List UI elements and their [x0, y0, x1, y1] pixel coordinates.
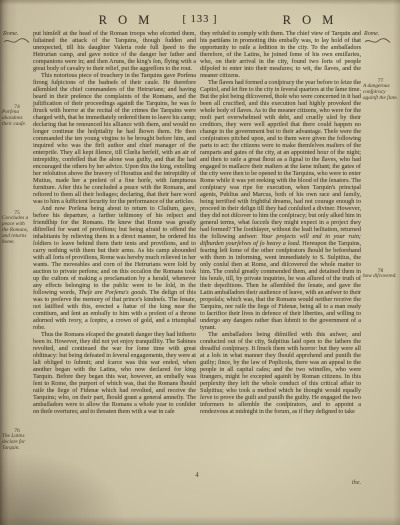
paragraph-text: And now Porſena being about to return to… — [33, 205, 196, 296]
margin-note-text: Concludes a peace with the Romans, and r… — [2, 216, 32, 246]
margin-note-74: 74 Porſena abandons their cauſe. — [2, 104, 32, 128]
margin-running-word-right: Rome. — [364, 31, 398, 46]
paragraph: The ſlaves had formed a conſpiracy the y… — [200, 79, 361, 331]
signature-mark: 4 — [33, 471, 361, 479]
margin-note-77: 77 A dangerous conſpiracy againſt the ſt… — [363, 78, 398, 102]
paragraph: And now Porſena being about to return to… — [33, 205, 196, 331]
paragraph-text: Hereupon the Tarquins, fearing leſt ſome… — [200, 240, 361, 331]
margin-note-text: how diſcovered. — [363, 274, 398, 280]
left-text-column: put himſelf at the head of the Roman tro… — [33, 30, 196, 415]
paragraph: put himſelf at the head of the Roman tro… — [33, 30, 196, 72]
paragraph: Thus the Romans eſcaped the greateſt dan… — [33, 331, 196, 415]
margin-note-78: 78 how diſcovered. — [363, 268, 398, 280]
page-number: [ 133 ] — [163, 14, 237, 25]
swash-flourish-icon — [364, 37, 391, 46]
italic-phrase: Theſe are Porſena's goods. — [79, 289, 148, 296]
paragraph-text: Thus the Romans eſcaped the greateſt dan… — [33, 331, 196, 415]
margin-running-word-left: Rome. — [3, 31, 32, 46]
paragraph-text: The ambaſſadors being diſmiſſed with thi… — [200, 331, 361, 415]
margin-note-text: A dangerous conſpiracy againſt the ſtate… — [363, 84, 398, 102]
paragraph-text: The ſlaves had formed a conſpiracy the y… — [200, 79, 361, 240]
scanned-book-page: R O M [ 133 ] R O M Rome. Rome. 74 Porſe… — [0, 0, 400, 525]
paragraph-text: put himſelf at the head of the Roman tro… — [33, 30, 196, 72]
paragraph: they refuſed to comply with them. The ch… — [200, 30, 361, 79]
margin-note-text: The Latins declare for Tarquin. — [2, 434, 32, 452]
paragraph-text: they refuſed to comply with them. The ch… — [200, 30, 361, 79]
paragraph-text: The deſign of this was to preſerve the m… — [33, 289, 196, 331]
catchword: the. — [200, 479, 361, 486]
paragraph: This notorious piece of treachery in the… — [33, 72, 196, 205]
margin-note-text: Porſena abandons their cauſe. — [2, 110, 32, 128]
paragraph-text: This notorious piece of treachery in the… — [33, 72, 196, 205]
margin-running-word-left-label: Rome. — [3, 31, 18, 37]
swash-flourish-icon — [3, 37, 30, 46]
margin-note-76: 76 The Latins declare for Tarquin. — [2, 428, 32, 452]
margin-running-word-right-label: Rome. — [364, 31, 379, 37]
paragraph: The ambaſſadors being diſmiſſed with thi… — [200, 331, 361, 415]
right-text-column: they refuſed to comply with them. The ch… — [200, 30, 361, 415]
margin-note-75: 75 Concludes a peace with the Romans, an… — [2, 210, 32, 246]
running-title-right: R O M — [246, 13, 374, 28]
